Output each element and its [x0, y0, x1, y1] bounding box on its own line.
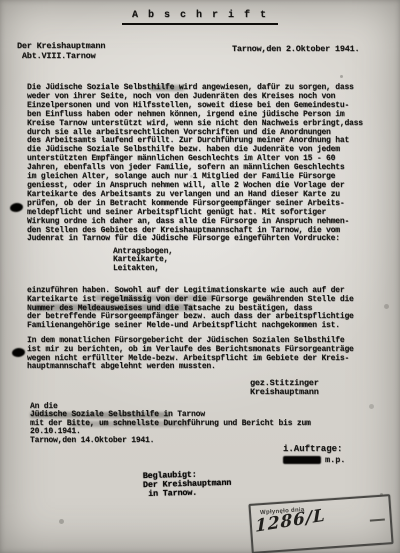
document-title: A b s c h r i f t [0, 10, 400, 25]
ink-smudge [34, 304, 194, 311]
signature-suffix: m.p. [325, 455, 345, 465]
body-paragraph-1: Die Jüdische Soziale Selbsthilfe wird an… [27, 84, 395, 244]
margin-marker-dot [12, 347, 26, 357]
paper-noise-specks [340, 75, 343, 78]
deputy-signature-label: i.Auftrage: [283, 444, 342, 454]
deputy-signature-line: m.p. [283, 455, 345, 465]
ink-smudge [95, 295, 215, 301]
ink-smudge [70, 421, 190, 427]
ink-smudge [30, 412, 170, 418]
document-scan-layer: A b s c h r i f t Der Kreishauptmann Abt… [0, 0, 400, 553]
ink-smudge [150, 85, 184, 91]
signature-block: gez.Stitzinger Kreishauptmann [250, 379, 319, 397]
body-paragraph-3: In dem monatlichen Fürsorgebericht der J… [27, 337, 354, 372]
title-underlined-text: A b s c h r i f t [122, 10, 278, 25]
stamp-date-line [370, 519, 385, 522]
date-line: Tarnow,den 2.Oktober 1941. [232, 44, 359, 54]
received-stamp: Wpłynęło dnia 1286/L [248, 494, 393, 553]
scanned-document-page: A b s c h r i f t Der Kreishauptmann Abt… [0, 0, 400, 553]
forms-list: Antragsbogen, Karteikarte, Leitakten, [113, 248, 173, 273]
illegible-signature-mark [283, 456, 321, 464]
sender-block: Der Kreishauptmann Abt.VIII.Tarnow [17, 42, 105, 61]
certification-block: Beglaubigt: Der Kreishauptmann in Tarnow… [143, 470, 232, 499]
margin-marker-dot [9, 202, 23, 213]
